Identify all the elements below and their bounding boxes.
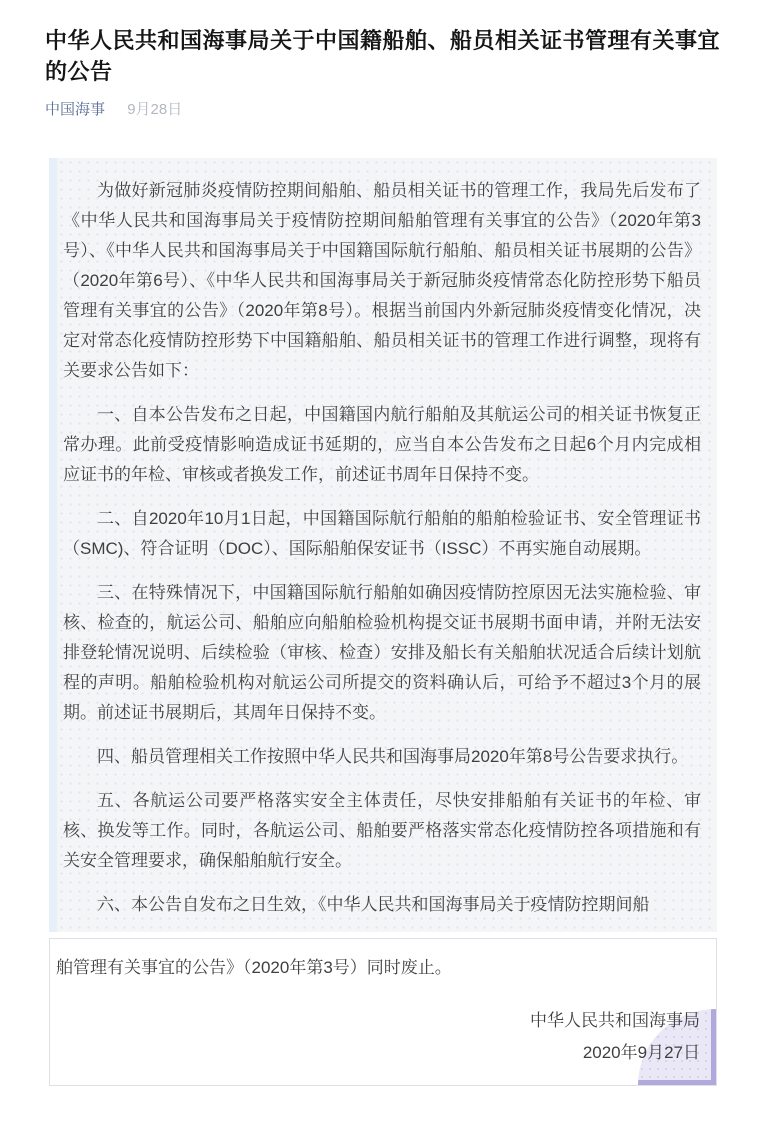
- closing-card: 舶管理有关事宜的公告》（2020年第3号）同时废止。 中华人民共和国海事局 20…: [49, 938, 717, 1086]
- announcement-paragraph-intro: 为做好新冠肺炎疫情防控期间船舶、船员相关证书的管理工作，我局先后发布了《中华人民…: [63, 176, 701, 386]
- signature-block: 中华人民共和国海事局 2020年9月27日: [56, 1005, 700, 1069]
- page-title: 中华人民共和国海事局关于中国籍船舶、船员相关证书管理有关事宜的公告: [45, 25, 725, 87]
- announcement-paragraph-4: 四、船员管理相关工作按照中华人民共和国海事局2020年第8号公告要求执行。: [63, 742, 701, 772]
- account-link[interactable]: 中国海事: [45, 101, 105, 118]
- article-page: 中华人民共和国海事局关于中国籍船舶、船员相关证书管理有关事宜的公告 中国海事 9…: [0, 25, 770, 1086]
- signature-org: 中华人民共和国海事局: [56, 1005, 700, 1037]
- announcement-paragraph-1: 一、自本公告发布之日起，中国籍国内航行船舶及其航运公司的相关证书恢复正常办理。此…: [63, 400, 701, 490]
- announcement-paragraph-2: 二、自2020年10月1日起，中国籍国际航行船舶的船舶检验证书、安全管理证书（S…: [63, 504, 701, 564]
- announcement-box-inner: 为做好新冠肺炎疫情防控期间船舶、船员相关证书的管理工作，我局先后发布了《中华人民…: [57, 158, 717, 932]
- announcement-paragraph-5: 五、各航运公司要严格落实安全主体责任，尽快安排船舶有关证书的年检、审核、换发等工…: [63, 786, 701, 876]
- publish-date: 9月28日: [127, 101, 182, 118]
- announcement-paragraph-6-line1: 六、本公告自发布之日生效，《中华人民共和国海事局关于疫情防控期间船: [63, 890, 701, 920]
- announcement-paragraph-6-continued: 舶管理有关事宜的公告》（2020年第3号）同时废止。: [56, 953, 700, 983]
- announcement-paragraph-3: 三、在特殊情况下，中国籍国际航行船舶如确因疫情防控原因无法实施检验、审核、检查的…: [63, 578, 701, 728]
- signature-date: 2020年9月27日: [56, 1037, 700, 1069]
- announcement-box: 为做好新冠肺炎疫情防控期间船舶、船员相关证书的管理工作，我局先后发布了《中华人民…: [49, 158, 717, 932]
- byline: 中国海事 9月28日: [45, 100, 725, 120]
